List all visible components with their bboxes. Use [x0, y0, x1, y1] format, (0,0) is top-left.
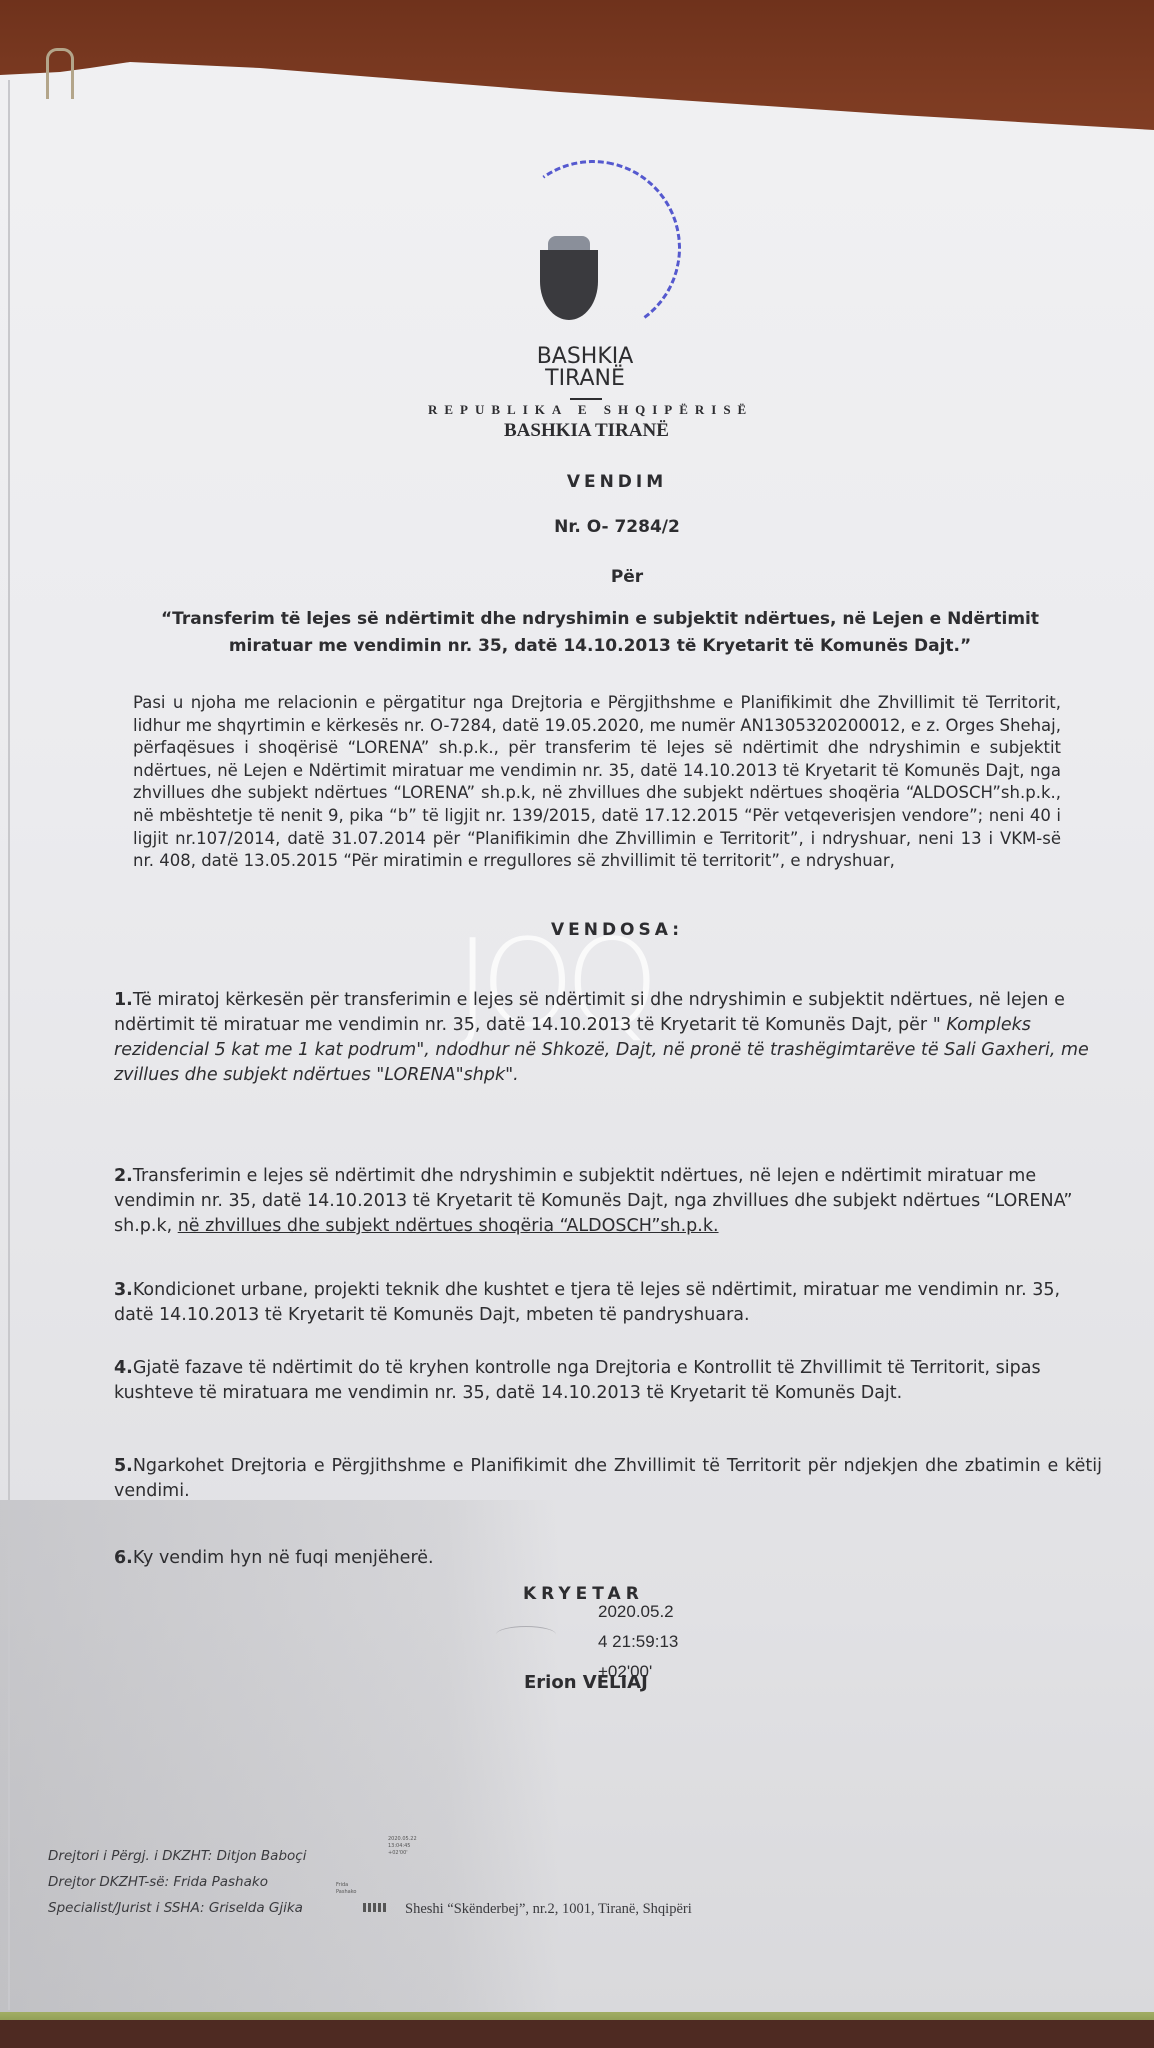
decision-item-2: 2.Transferimin e lejes së ndërtimit dhe …: [114, 1164, 1100, 1239]
item-text: Kondicionet urbane, projekti teknik dhe …: [114, 1280, 1060, 1325]
paperclip-icon: [46, 48, 74, 99]
item-text: Ngarkohet Drejtoria e Përgjithshme e Pla…: [114, 1456, 1102, 1501]
item-number: 6.: [114, 1548, 133, 1568]
logo-divider: [570, 398, 602, 400]
item-number: 5.: [114, 1456, 133, 1476]
item-number: 1.: [114, 990, 133, 1010]
item-number: 3.: [114, 1280, 133, 1300]
decision-item-6: 6.Ky vendim hyn në fuqi menjëherë.: [114, 1546, 1100, 1571]
mini-sig-date: 2020.05.22: [388, 1836, 417, 1843]
desk-bottom: [0, 2020, 1154, 2048]
intro-paragraph: Pasi u njoha me relacionin e përgatitur …: [133, 692, 1061, 873]
signature-date: 2020.05.2: [598, 1597, 678, 1627]
republic-heading: REPUBLIKA E SHQIPËRISË: [428, 402, 828, 418]
decision-item-3: 3.Kondicionet urbane, projekti teknik dh…: [114, 1278, 1100, 1328]
footer-line-2: Drejtor DKZHT-së: Frida Pashako: [48, 1874, 268, 1890]
logo-line-2: TIRANË: [520, 368, 650, 390]
logo-line-1: BASHKIA: [520, 346, 650, 368]
item-text: Të miratoj kërkesën për transferimin e l…: [114, 990, 1065, 1035]
mini-sig-tz: +02'00': [388, 1850, 417, 1857]
decision-number: Nr. O- 7284/2: [40, 517, 1154, 537]
mini-sig-first: Frida: [336, 1882, 356, 1889]
handwritten-signature-icon: [496, 1626, 556, 1643]
mini-sig-time: 13:04:45: [388, 1843, 417, 1850]
mini-signature-2: Frida Pashako: [336, 1882, 356, 1896]
institution-heading: BASHKIA TIRANË: [504, 420, 744, 442]
decision-item-1: 1.Të miratoj kërkesën për transferimin e…: [114, 988, 1100, 1088]
decision-item-4: 4.Gjatë fazave të ndërtimit do të kryhen…: [114, 1356, 1100, 1406]
signatory-name: Erion VELIAJ: [524, 1672, 648, 1693]
underlying-page-edge: [8, 80, 10, 2010]
item-number: 2.: [114, 1166, 133, 1186]
decision-subject: “Transferim të lejes së ndërtimit dhe nd…: [150, 606, 1050, 660]
item-number: 4.: [114, 1358, 133, 1378]
decision-item-5: 5.Ngarkohet Drejtoria e Përgjithshme e P…: [114, 1454, 1102, 1504]
footer-line-3: Specialist/Jurist i SSHA: Griselda Gjika: [48, 1900, 303, 1916]
decision-title: VENDIM: [40, 472, 1154, 492]
item-text-underlined: në zhvillues dhe subjekt ndërtues shoqër…: [178, 1216, 719, 1236]
signature-time: 4 21:59:13: [598, 1627, 678, 1657]
decision-per: Për: [50, 567, 1154, 587]
page-shadow: [0, 1500, 560, 2012]
mini-signature-1: 2020.05.22 13:04:45 +02'00': [388, 1836, 417, 1857]
footer-address: Sheshi “Skënderbej”, nr.2, 1001, Tiranë,…: [405, 1901, 692, 1918]
footer-line-1: Drejtori i Përgj. i DKZHT: Ditjon Baboçi: [48, 1848, 306, 1864]
logo-text: BASHKIA TIRANË: [520, 346, 650, 390]
address-icon: [363, 1903, 387, 1912]
item-text: Gjatë fazave të ndërtimit do të kryhen k…: [114, 1358, 1041, 1403]
item-text: Ky vendim hyn në fuqi menjëherë.: [133, 1548, 434, 1568]
mini-sig-last: Pashako: [336, 1889, 356, 1896]
